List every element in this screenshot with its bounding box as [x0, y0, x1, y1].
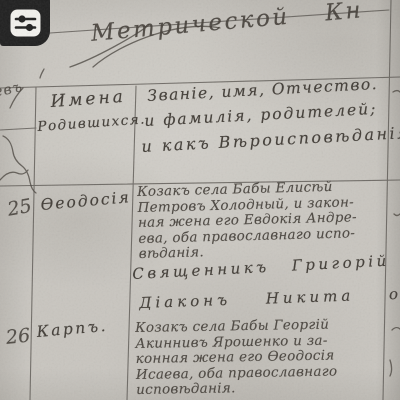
marginal-note-diagonal [3, 136, 36, 193]
sliders-icon [10, 9, 41, 37]
header-names-line-2: Родившихся. [37, 112, 146, 134]
header-parents-line-3: и какъ Вѣроисповѣданія [141, 124, 400, 156]
row-26-entry: Козакъ села Бабы Георгій Акиннивъ Ярошен… [135, 316, 400, 398]
left-column-divider-line [0, 128, 36, 130]
margin-word-fragment-stroke [0, 170, 28, 180]
row-25-entry: Козакъ села Бабы Елисѣй Петровъ Холодный… [137, 178, 400, 262]
margin-tick-mark [40, 69, 44, 78]
filters-button[interactable] [0, 0, 50, 46]
margin-text-fragment: евъ [0, 80, 24, 101]
row-26-name: Карпъ. [36, 318, 109, 341]
header-names-line-1: Имена [50, 88, 126, 112]
right-edge-fragment-1 [393, 91, 400, 93]
row-25-number: 25 [6, 196, 33, 221]
row-25-clergy-line-2: Діаконъ Никита ор [139, 285, 400, 311]
scanned-metrical-book-page: Метрической Кн евъ Имена Родившихся. Зва… [0, 0, 400, 400]
vertical-line-1 [30, 87, 36, 400]
row-26-number: 26 [5, 325, 31, 348]
entry-line: исповѣданія. [136, 378, 400, 398]
page-title-script: Метрической Кн [90, 0, 364, 47]
row-25-name: Ѳеодосія [40, 189, 131, 214]
